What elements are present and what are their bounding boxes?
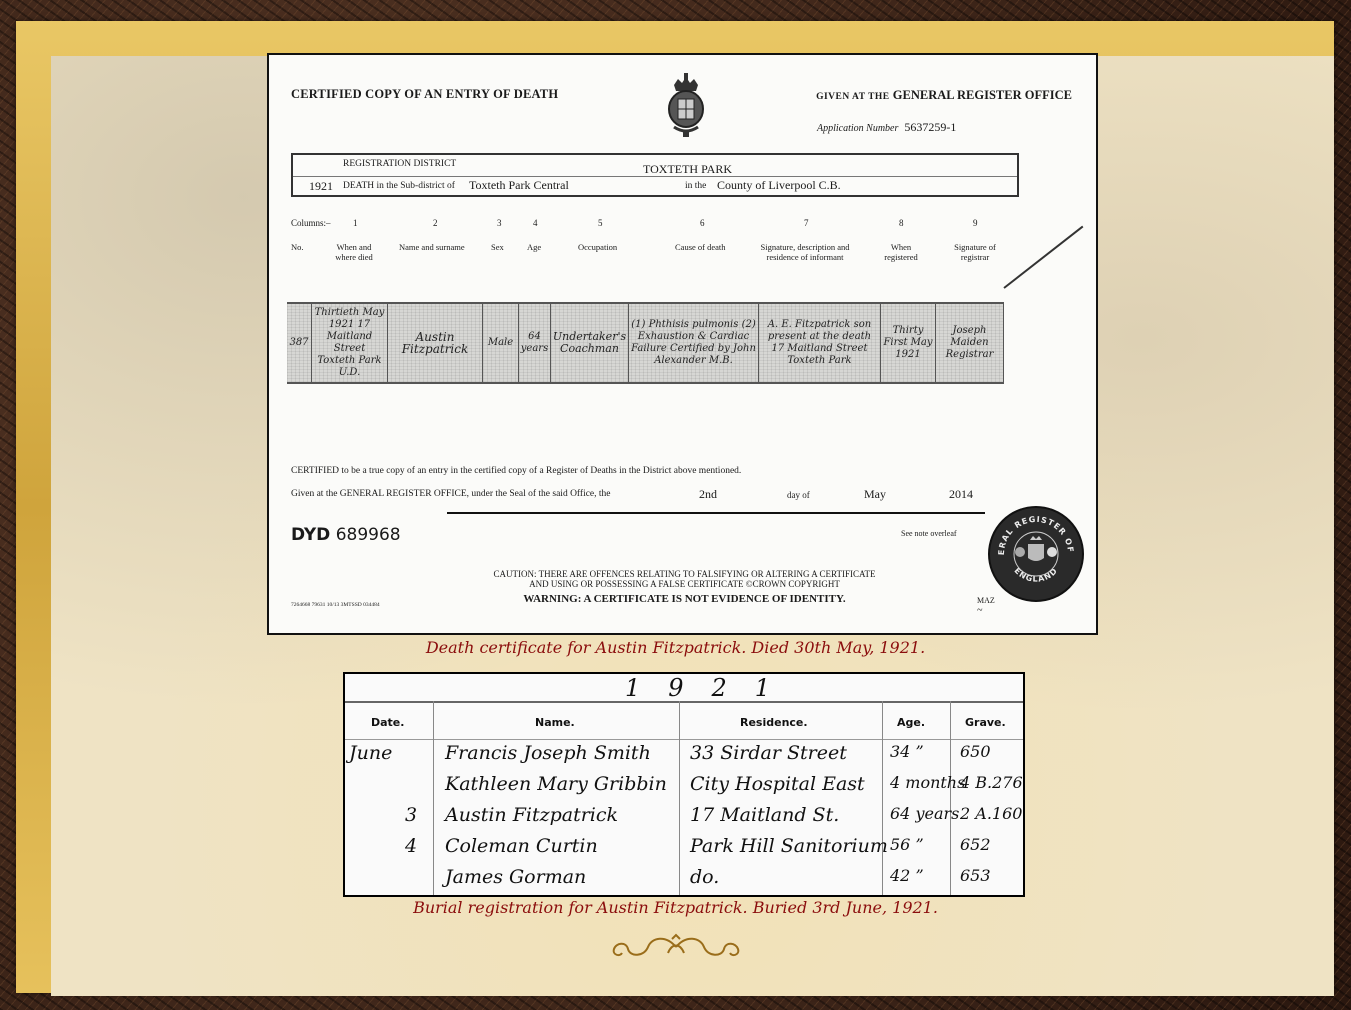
print-code: 7264668 79631 10/13 3MTSSD 034484: [291, 602, 380, 608]
entry-name: Austin Fitzpatrick: [388, 304, 483, 382]
maz-initials: MAZ ~: [977, 596, 995, 616]
day-of-label: day of: [787, 490, 810, 500]
burial-caption: Burial registration for Austin Fitzpatri…: [0, 898, 1351, 917]
county-value: County of Liverpool C.B.: [717, 178, 841, 193]
column-header: Signature of registrar: [945, 242, 1005, 262]
death-caption: Death certificate for Austin Fitzpatrick…: [0, 638, 1351, 657]
death-entry-row: 387 Thirtieth May 1921 17 Maitland Stree…: [287, 302, 1004, 384]
column-number: 2: [433, 218, 438, 228]
subdistrict-label: DEATH in the Sub-district of: [343, 181, 455, 191]
register-cell-residence: Park Hill Sanitorium: [690, 835, 888, 857]
register-cell-age: 64 years: [890, 804, 959, 823]
register-cell-date: 4: [405, 835, 417, 857]
columns-label: Columns:–: [291, 218, 331, 228]
in-the-label: in the: [685, 181, 706, 191]
column-header: Name and surname: [399, 242, 465, 252]
register-year: 1921: [625, 674, 798, 702]
column-header: Sex: [491, 242, 504, 252]
identity-warning: WARNING: A CERTIFICATE IS NOT EVIDENCE O…: [269, 593, 1100, 605]
header-grave: Grave.: [965, 716, 1006, 729]
certified-statement: CERTIFIED to be a true copy of an entry …: [291, 466, 741, 476]
column-number: 1: [353, 218, 358, 228]
given-day: 2nd: [699, 487, 717, 502]
entry-when-registered: Thirty First May 1921: [881, 304, 936, 382]
column-number: 4: [533, 218, 538, 228]
register-cell-name: Austin Fitzpatrick: [445, 804, 618, 826]
column-header: Signature, description and residence of …: [754, 242, 856, 262]
header-date: Date.: [371, 716, 404, 729]
column-number: 6: [700, 218, 705, 228]
register-cell-name: Coleman Curtin: [445, 835, 598, 857]
register-cell-age: 56 ”: [890, 835, 924, 854]
entry-cause: (1) Phthisis pulmonis (2) Exhaustion & C…: [629, 304, 759, 382]
register-cell-residence: City Hospital East: [690, 773, 865, 795]
column-header: When and where died: [329, 242, 379, 262]
burial-register-image: 1921 Date. Name. Residence. Age. Grave. …: [343, 672, 1025, 897]
register-cell-grave: 2 A.160: [960, 804, 1022, 823]
register-cell-residence: 33 Sirdar Street: [690, 742, 847, 764]
certificate-title: CERTIFIED COPY OF AN ENTRY OF DEATH: [291, 87, 558, 102]
given-at-heading: GIVEN AT THE GENERAL REGISTER OFFICE: [816, 88, 1072, 103]
entry-when-where: Thirtieth May 1921 17 Maitland Street To…: [312, 304, 388, 382]
register-cell-date: June: [349, 742, 392, 764]
given-statement: Given at the GENERAL REGISTER OFFICE, un…: [291, 489, 611, 499]
column-number: 7: [804, 218, 809, 228]
column-header: Cause of death: [675, 242, 726, 252]
register-cell-grave: 652: [960, 835, 991, 854]
register-cell-grave: 653: [960, 866, 991, 885]
death-certificate-image: CERTIFIED COPY OF AN ENTRY OF DEATH GIVE…: [267, 53, 1098, 635]
column-number: 8: [899, 218, 904, 228]
subdistrict-value: Toxteth Park Central: [469, 178, 569, 193]
header-name: Name.: [535, 716, 575, 729]
signature-line: [447, 512, 985, 514]
caution-notice: CAUTION: THERE ARE OFFENCES RELATING TO …: [269, 569, 1100, 589]
scroll-flourish-icon: [608, 933, 744, 961]
register-row: 3Austin Fitzpatrick17 Maitland St.64 yea…: [345, 802, 1023, 832]
entry-number: 387: [287, 304, 312, 382]
header-age: Age.: [897, 716, 925, 729]
registration-district-box: REGISTRATION DISTRICT TOXTETH PARK 1921 …: [291, 153, 1019, 197]
application-number: Application Number5637259-1: [817, 120, 956, 135]
column-number: 9: [973, 218, 978, 228]
entry-sex: Male: [483, 304, 519, 382]
entry-occupation: Undertaker's Coachman: [551, 304, 629, 382]
register-cell-name: James Gorman: [445, 866, 586, 888]
see-note-overleaf: See note overleaf: [901, 529, 957, 538]
column-number: 5: [598, 218, 603, 228]
register-cell-residence: 17 Maitland St.: [690, 804, 839, 826]
register-row: James Gormando.42 ”653: [345, 864, 1023, 894]
register-cell-grave: 4 B.276: [960, 773, 1023, 792]
register-row: JuneFrancis Joseph Smith33 Sirdar Street…: [345, 740, 1023, 770]
header-residence: Residence.: [740, 716, 808, 729]
column-number: 3: [497, 218, 502, 228]
register-row: Kathleen Mary GribbinCity Hospital East4…: [345, 771, 1023, 801]
diagonal-line: [1003, 226, 1083, 289]
royal-crest-icon: [666, 71, 706, 141]
registration-district-label: REGISTRATION DISTRICT: [343, 159, 456, 169]
register-cell-name: Francis Joseph Smith: [445, 742, 651, 764]
register-cell-name: Kathleen Mary Gribbin: [445, 773, 667, 795]
entry-informant: A. E. Fitzpatrick son present at the dea…: [759, 304, 881, 382]
register-cell-grave: 650: [960, 742, 991, 761]
register-cell-age: 42 ”: [890, 866, 924, 885]
register-cell-age: 4 months: [890, 773, 965, 792]
entry-registrar: Joseph Maiden Registrar: [936, 304, 1004, 382]
column-header: Age: [527, 242, 541, 252]
column-header: When registered: [879, 242, 923, 262]
register-row: 4Coleman CurtinPark Hill Sanitorium56 ”6…: [345, 833, 1023, 863]
register-cell-age: 34 ”: [890, 742, 924, 761]
given-month: May: [864, 487, 886, 502]
column-header: Occupation: [578, 242, 617, 252]
certificate-serial: DYD 689968: [291, 525, 401, 545]
entry-age: 64 years: [519, 304, 551, 382]
registration-year: 1921: [309, 179, 333, 194]
column-header: No.: [291, 242, 304, 252]
register-cell-residence: do.: [690, 866, 719, 888]
register-cell-date: 3: [405, 804, 417, 826]
given-year: 2014: [949, 487, 973, 502]
registration-district-value: TOXTETH PARK: [643, 162, 732, 177]
